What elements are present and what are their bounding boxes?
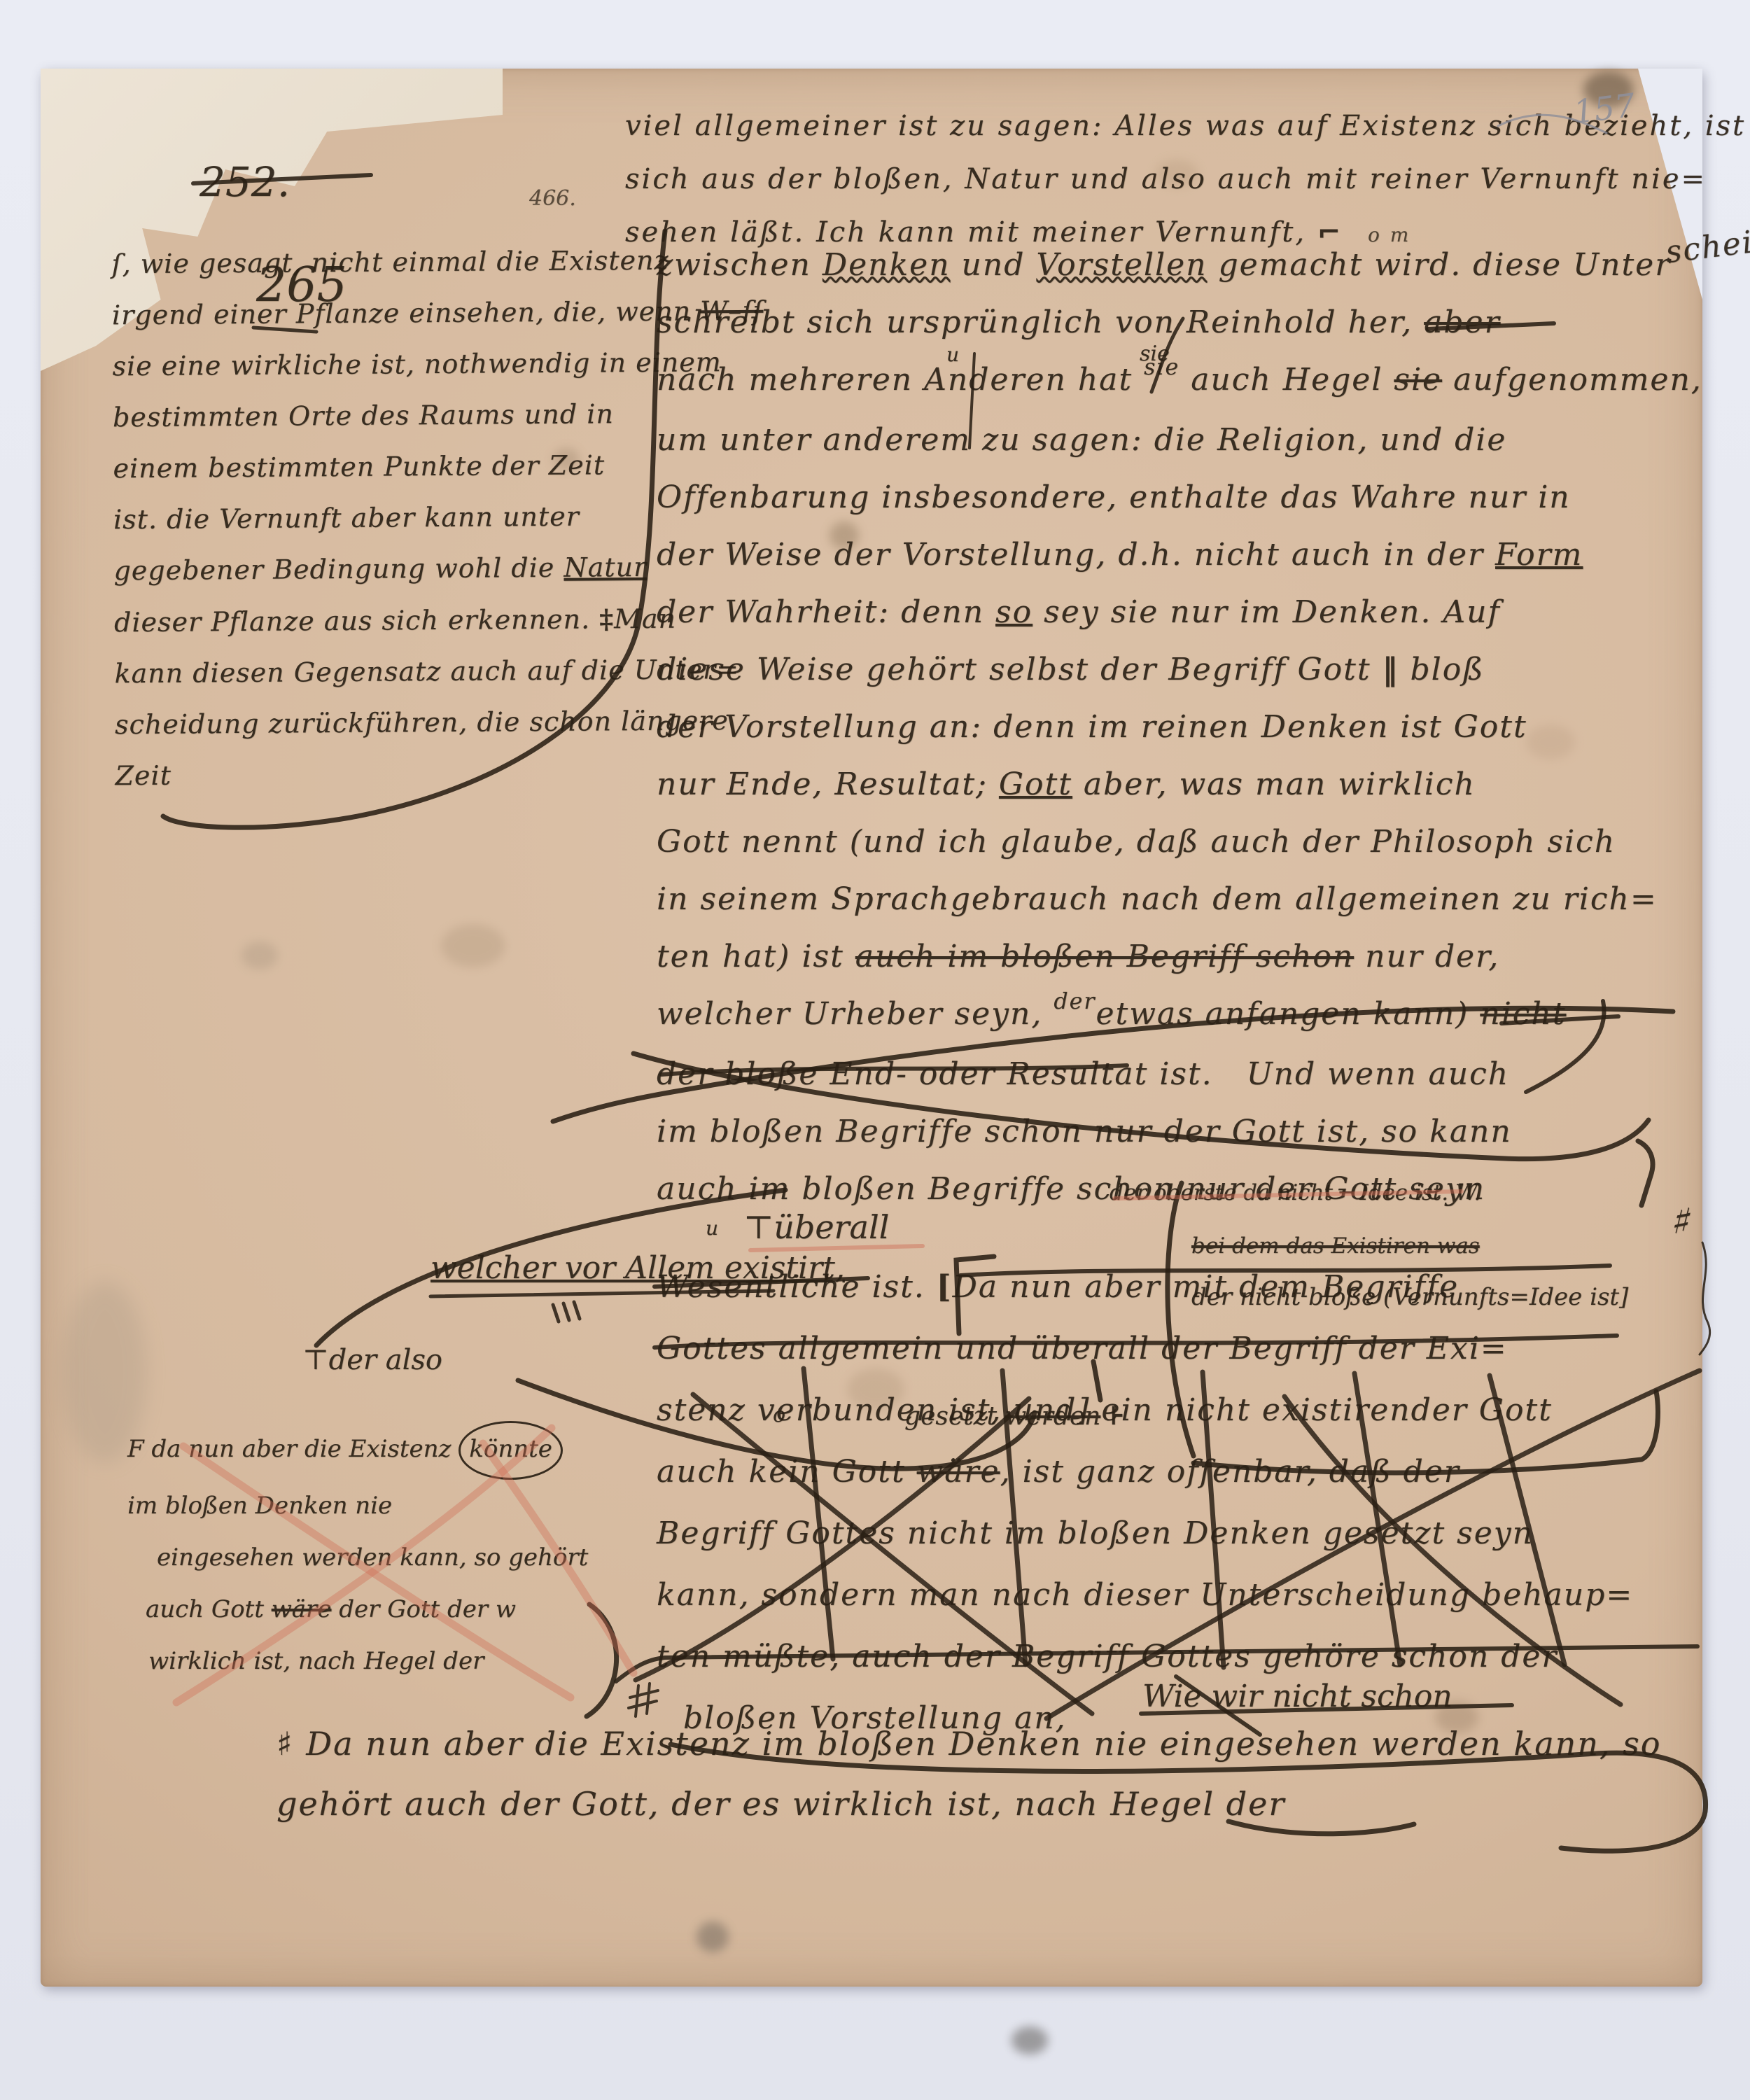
text-segment: gehört auch der Gott, der es wirklich is… — [276, 1785, 1285, 1823]
manuscript-line: eingesehen werden kann, so gehört — [157, 1532, 588, 1583]
text-segment: wirklich ist, nach Hegel der — [148, 1647, 484, 1675]
manuscript-line: der bloße End- oder Resultat ist. Und we… — [657, 1046, 1750, 1103]
text-segment: wäre — [917, 1454, 1000, 1490]
manuscript-scan-page: 252. 265 466. 157 viel allgemeiner ist z… — [0, 0, 1750, 2100]
text-segment: ⊦ — [1100, 1401, 1125, 1431]
text-segment: der Weise der Vorstellung, d.h. nicht au… — [657, 537, 1495, 573]
manuscript-line: ten hat) ist auch im bloßen Begriff scho… — [657, 928, 1750, 986]
text-segment: zwischen — [657, 247, 822, 283]
text-segment: aber — [1424, 304, 1500, 340]
manuscript-line: im bloßen Denken nie — [127, 1480, 588, 1532]
manuscript-line: nach mehreren Anderen hat sie auch Hegel… — [657, 351, 1750, 412]
right-margin-insert-3: der nicht bloße (Vernunfts=Idee ist] — [1191, 1283, 1628, 1311]
text-segment: ten müßte, auch der Begriff Gottes gehör… — [657, 1639, 1557, 1674]
text-segment: eingesehen werden kann, so gehört — [157, 1543, 588, 1571]
manuscript-line: sich aus der bloßen, Natur und also auch… — [625, 153, 1750, 206]
manuscript-line: um unter anderem zu sagen: die Religion,… — [657, 412, 1750, 469]
text-segment: viel allgemeiner ist zu sagen: Alles was… — [625, 110, 1750, 142]
manuscript-line: F da nun aber die Existenz könnte — [127, 1421, 588, 1480]
text-segment: welcher Urheber seyn, — [657, 996, 1053, 1032]
text-segment: dieser Pflanze aus sich erkennen. — [114, 603, 599, 638]
text-segment: gegebener Bedingung wohl die — [113, 552, 563, 586]
margin-insert-der-also: ⊤der also — [302, 1344, 442, 1376]
text-segment: irgend einer Pflanze einsehen, die, wenn — [112, 295, 701, 330]
text-segment: etwas anfangen kann) — [1096, 996, 1480, 1032]
manuscript-line: welcher Urheber seyn, deretwas anfangen … — [657, 986, 1750, 1046]
text-segment: diese Weise gehört selbst der Begriff Go… — [657, 652, 1382, 687]
text-segment: Begriff Gottes nicht im bloßen Denken ge… — [657, 1515, 1534, 1551]
text-segment: bestimmten Orte des Raums und in — [113, 398, 614, 433]
text-segment: scheidung zurückführen, die schon länger… — [115, 705, 729, 740]
text-segment: ‖ — [1382, 652, 1399, 687]
text-segment: aufgenommen, — [1442, 362, 1702, 398]
manuscript-line: der Vorstellung an: denn im reinen Denke… — [657, 699, 1750, 756]
text-segment: F da nun aber die Existenz — [127, 1435, 458, 1463]
text-segment: ist. die Vernunft aber kann unter — [113, 501, 580, 535]
manuscript-line: gesetzt werden ⊦ — [904, 1399, 1125, 1434]
text-segment: auch kein Gott — [657, 1454, 917, 1490]
text-segment: der Vorstellung an: denn im reinen Denke… — [657, 709, 1527, 745]
text-segment: Denken — [822, 247, 951, 283]
text-segment: einem bestimmten Punkte der Zeit — [113, 449, 605, 484]
margin-note-red-crossed: F da nun aber die Existenz könnteim bloß… — [127, 1421, 588, 1687]
insert-ueberall: ⊤überall — [743, 1208, 889, 1246]
text-segment: der Wahrheit: denn — [657, 594, 995, 630]
text-segment: nur Ende, Resultat; — [657, 766, 999, 802]
main-text-block-upper: zwischen Denken und Vorstellen gemacht w… — [657, 237, 1750, 1218]
right-margin-insert-2-struck: bei dem das Existiren was — [1191, 1233, 1480, 1259]
stain — [696, 1921, 729, 1952]
text-segment: Gott — [999, 766, 1072, 802]
text-segment: gesetzt — [904, 1402, 1004, 1431]
text-segment: auch Gott — [146, 1595, 272, 1623]
manuscript-line: zwischen Denken und Vorstellen gemacht w… — [657, 237, 1750, 294]
text-segment: sich aus der bloßen, Natur und also auch… — [625, 163, 1707, 195]
manuscript-line: auch Gott wäre der Gott der w — [146, 1583, 588, 1635]
text-segment: [ — [937, 1269, 953, 1305]
manuscript-line: der Wahrheit: denn so sey sie nur im Den… — [657, 584, 1750, 641]
text-segment: Vorstellen — [1036, 247, 1207, 283]
text-segment: ſ, wie gesagt, nicht einmal die Existenz — [111, 245, 668, 280]
manuscript-line: stenz verbunden ist, und] ein nicht exis… — [657, 1380, 1633, 1441]
text-segment: Da nun aber die Existenz im bloßen Denke… — [306, 1725, 1661, 1763]
text-segment: der Gott der w — [331, 1595, 516, 1623]
text-segment: um unter anderem zu sagen: die Religion,… — [657, 422, 1506, 458]
main-text-block-lower: Wesentliche ist. [Da nun aber mit dem Be… — [657, 1256, 1633, 1749]
text-segment: auch Hegel — [1179, 362, 1394, 398]
interlinear-caret-u: u — [706, 1217, 718, 1240]
struck-phrase-wie-wir: Wie wir nicht schon — [1142, 1679, 1452, 1714]
text-segment: nach mehreren Anderen hat — [657, 362, 1144, 398]
text-segment: kann diesen Gegensatz auch auf die Unter… — [114, 654, 739, 689]
manuscript-line: diese Weise gehört selbst der Begriff Go… — [657, 641, 1750, 699]
text-segment: auch im bloßen Begriff schon — [855, 939, 1354, 974]
manuscript-line: auch kein Gott wäre, ist ganz offenbar, … — [657, 1441, 1633, 1503]
manuscript-line: nur Ende, Resultat; Gott aber, was man w… — [657, 756, 1750, 813]
interlinear-insert-sie: sie — [1140, 342, 1170, 366]
text-segment: werden — [1004, 1402, 1100, 1431]
interlinear-caret-o: o — [773, 1403, 785, 1427]
text-segment: im bloßen Denken nie — [127, 1492, 392, 1520]
stain — [1011, 2026, 1048, 2054]
text-segment: ‡ — [599, 603, 614, 634]
text-segment: welcher vor Allem existirt, — [430, 1250, 845, 1286]
text-segment: sey sie nur im Denken. Auf — [1032, 594, 1501, 630]
manuscript-line: Gottes allgemein und überall der Begriff… — [657, 1318, 1633, 1380]
manuscript-line: schreibt sich ursprünglich von Reinhold … — [657, 294, 1750, 351]
text-segment: Form — [1495, 537, 1583, 573]
bottom-paragraph: ♯ Da nun aber die Existenz im bloßen Den… — [276, 1714, 1661, 1834]
text-segment: und — [951, 247, 1037, 283]
text-segment: kann, sondern man nach dieser Unterschei… — [657, 1577, 1633, 1613]
text-segment: Gottes allgemein und überall der Begriff… — [657, 1331, 1508, 1366]
section-number: 466. — [529, 186, 576, 211]
text-segment: Zeit — [115, 760, 171, 792]
manuscript-line: viel allgemeiner ist zu sagen: Alles was… — [625, 99, 1750, 153]
interlinear-insert-gesetzt-werden: gesetzt werden ⊦ — [904, 1399, 1125, 1434]
old-page-number-crossed: 252. — [199, 158, 290, 206]
manuscript-line: Offenbarung insbesondere, enthalte das W… — [657, 469, 1750, 526]
text-segment: gemacht wird. diese Unter — [1207, 247, 1671, 283]
manuscript-line: kann, sondern man nach dieser Unterschei… — [657, 1564, 1633, 1626]
text-segment: schreibt sich ursprünglich von Reinhold … — [657, 304, 1424, 340]
text-segment: der — [1053, 973, 1095, 1030]
text-segment: sie — [1394, 362, 1442, 398]
stain — [241, 941, 278, 969]
text-segment: könnte — [458, 1421, 563, 1480]
manuscript-line: welcher vor Allem existirt, — [430, 1247, 845, 1289]
text-segment: nicht — [1480, 996, 1566, 1032]
manuscript-line: wirklich ist, nach Hegel der — [148, 1635, 588, 1687]
text-segment: in seinem Sprachgebrauch nach dem allgem… — [657, 881, 1658, 917]
text-segment: Offenbarung insbesondere, enthalte das W… — [657, 479, 1571, 515]
text-segment: wäre — [272, 1595, 332, 1623]
text-segment: Gott nennt (und ich glaube, daß auch der… — [657, 824, 1616, 860]
text-segment: bloß — [1399, 652, 1485, 687]
text-segment: der bloße End- oder Resultat ist. Und we… — [657, 1056, 1509, 1092]
text-segment: nur der, — [1354, 939, 1499, 974]
manuscript-line: der Weise der Vorstellung, d.h. nicht au… — [657, 526, 1750, 584]
manuscript-line: Begriff Gottes nicht im bloßen Denken ge… — [657, 1503, 1633, 1564]
insert-welcher-line: welcher vor Allem existirt, — [430, 1247, 845, 1289]
manuscript-line: ♯ Da nun aber die Existenz im bloßen Den… — [276, 1714, 1661, 1774]
text-segment: Natur — [563, 552, 647, 583]
text-segment: ten hat) ist — [657, 939, 855, 974]
manuscript-line: Gott nennt (und ich glaube, daß auch der… — [657, 813, 1750, 871]
manuscript-line: in seinem Sprachgebrauch nach dem allgem… — [657, 871, 1750, 928]
manuscript-line: gehört auch der Gott, der es wirklich is… — [276, 1774, 1661, 1834]
text-segment: sie eine wirkliche ist, nothwendig in ei… — [112, 346, 722, 381]
text-segment: im bloßen Begriffe schon nur der Gott is… — [657, 1114, 1512, 1149]
text-segment: , ist ganz offenbar, daß der — [1000, 1454, 1460, 1490]
interlinear-caret-u: u — [946, 343, 959, 366]
text-segment: ♯ — [276, 1725, 306, 1763]
stain — [441, 924, 505, 967]
text-segment: aber, was man wirklich — [1072, 766, 1476, 802]
text-segment: so — [995, 594, 1032, 630]
manuscript-line: im bloßen Begriffe schon nur der Gott is… — [657, 1103, 1750, 1161]
right-margin-insert-1: der oberste da nicht ─ Idee ist. W. — [1109, 1180, 1480, 1205]
